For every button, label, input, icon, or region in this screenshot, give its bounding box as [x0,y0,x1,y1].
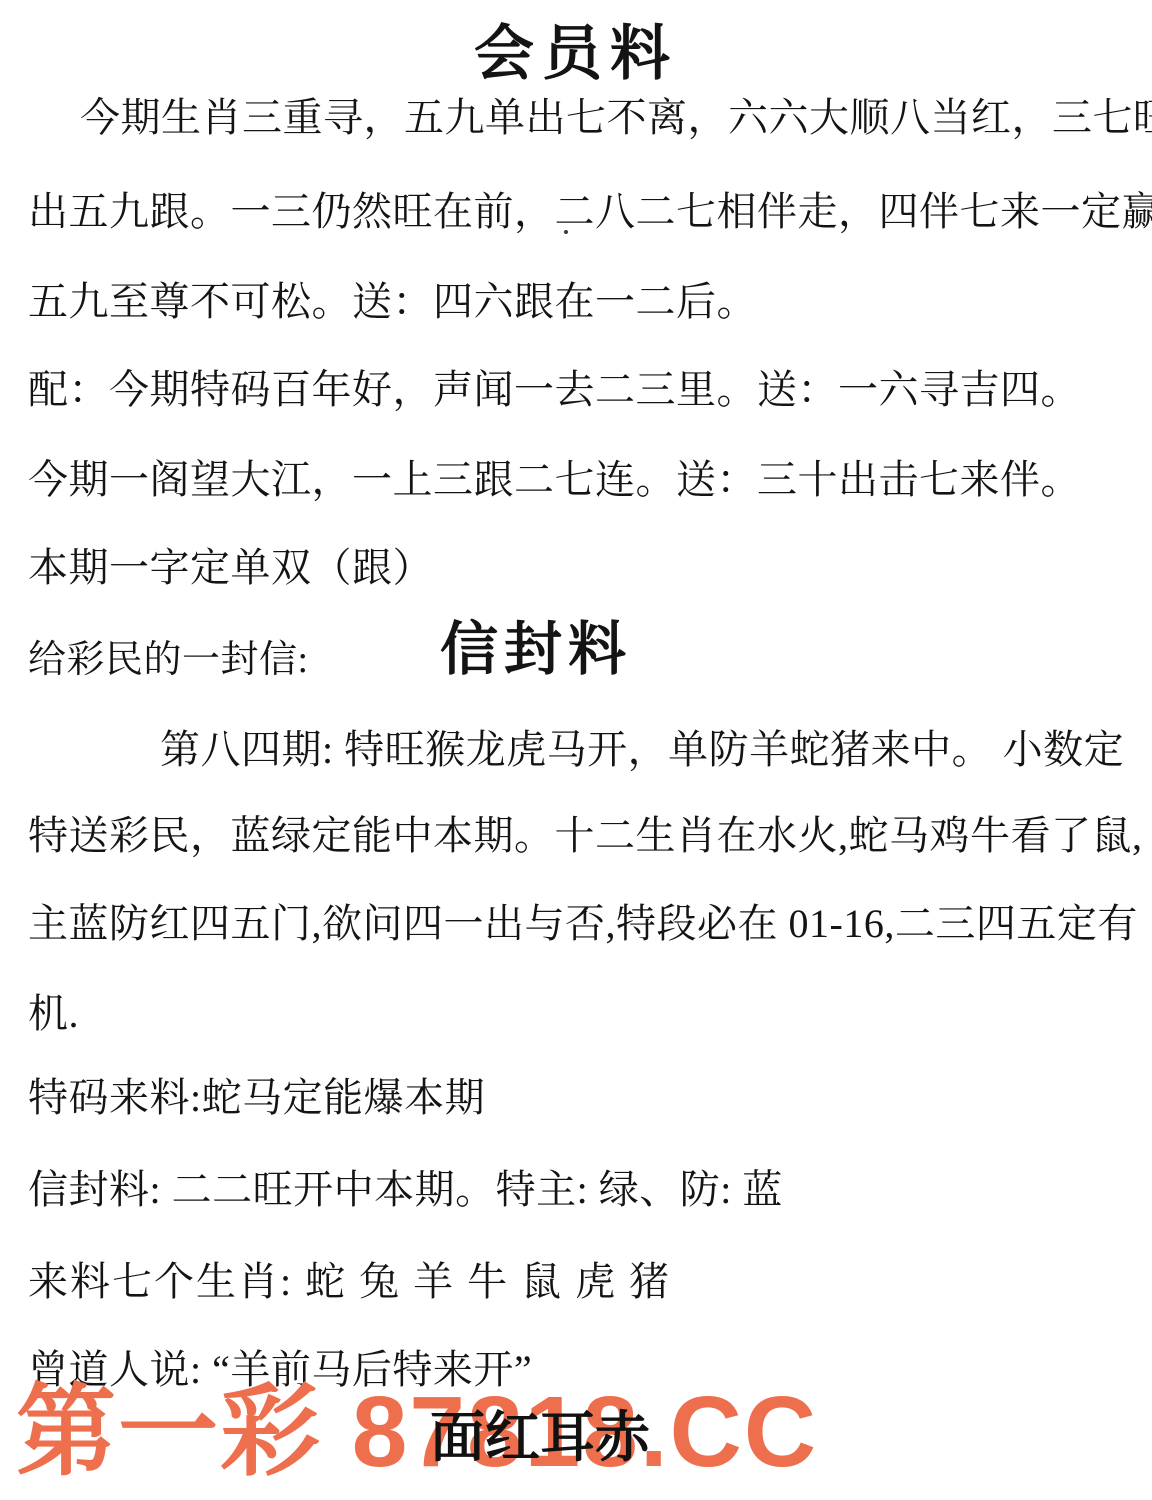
stray-ink-dot [564,230,568,234]
envelope-line: 来料七个生肖: 蛇 兔 羊 牛 鼠 虎 猪 [28,1250,671,1307]
envelope-line: 机. [28,982,79,1039]
envelope-line: 第八四期: 特旺猴龙虎马开，单防羊蛇猪来中。 小数定 [160,718,1124,775]
member-line: 配：今期特码百年好，声闻一去二三里。送：一六寻吉四。 [28,358,1081,415]
site-watermark-text: 第一彩 87818.CC [16,1382,818,1482]
member-section-title: 会员料 [0,6,1152,92]
member-line: 今期生肖三重寻，五九单出七不离，六六大顺八当红，三七旺 [80,86,1152,143]
envelope-section-title: 信封料 [440,602,632,686]
document-page: 会员料 今期生肖三重寻，五九单出七不离，六六大顺八当红，三七旺 出五九跟。一三仍… [0,0,1152,1500]
member-line: 出五九跟。一三仍然旺在前，二八二七相伴走，四伴七来一定赢， [28,180,1152,237]
member-line: 五九至尊不可松。送：四六跟在一二后。 [28,270,757,327]
letter-to-players-label: 给彩民的一封信: [28,628,309,683]
envelope-line: 信封料: 二二旺开中本期。特主: 绿、防: 蓝 [28,1158,783,1215]
handwritten-overlay-text: 面红耳赤 [430,1410,650,1465]
envelope-line: 特送彩民，蓝绿定能中本期。十二生肖在水火,蛇马鸡牛看了鼠, [28,804,1143,861]
member-line: 本期一字定单双（跟） [28,536,433,593]
member-line: 今期一阁望大江，一上三跟二七连。送：三十出击七来伴。 [28,448,1081,505]
envelope-line: 主蓝防红四五门,欲问四一出与否,特段必在 01-16,二三四五定有 [28,892,1138,949]
envelope-line: 特码来料:蛇马定能爆本期 [28,1066,485,1123]
